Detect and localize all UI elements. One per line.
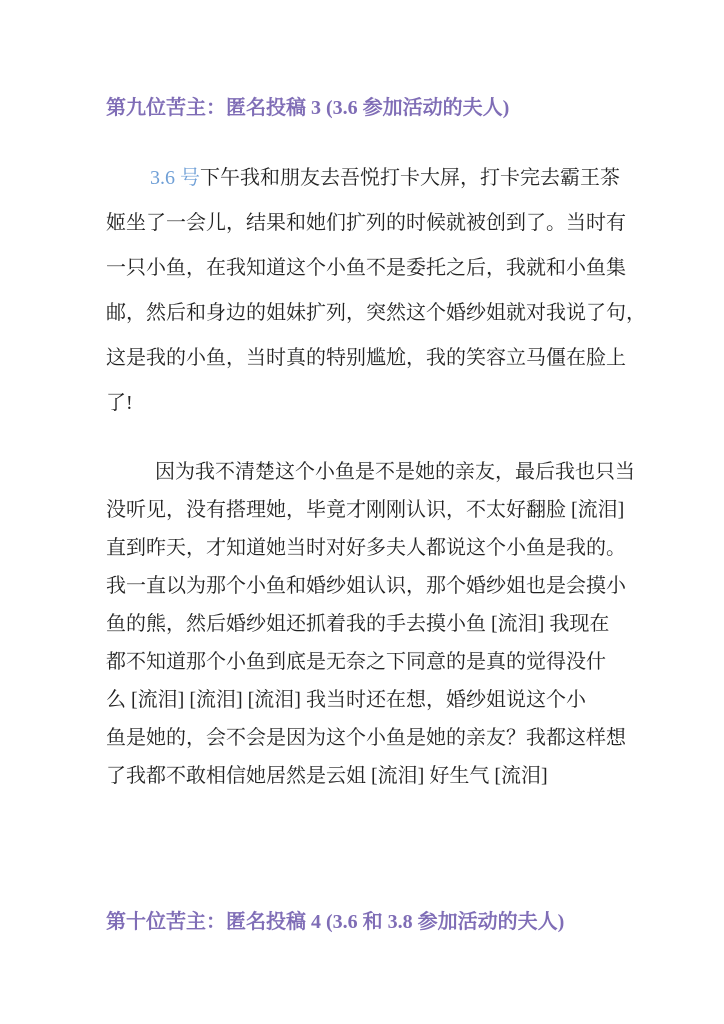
paragraph-1-line-2: 姬坐了一会儿，结果和她们扩列的时候就被创到了。当时有 — [106, 201, 646, 246]
paragraph-2-line-3: 直到昨天，才知道她当时对好多夫人都说这个小鱼是我的。 — [106, 529, 646, 567]
paragraph-1-line-3: 一只小鱼，在我知道这个小鱼不是委托之后，我就和小鱼集 — [106, 246, 646, 291]
section-ten-heading: 第十位苦主：匿名投稿 4 (3.6 和 3.8 参加活动的夫人) — [106, 908, 564, 936]
paragraph-2-line-6: 都不知道那个小鱼到底是无奈之下同意的是真的觉得没什 — [106, 643, 646, 681]
paragraph-1-line-5: 这是我的小鱼，当时真的特别尴尬，我的笑容立马僵在脸上 — [106, 336, 646, 381]
paragraph-1: 3.6 号下午我和朋友去吾悦打卡大屏，打卡完去霸王茶 姬坐了一会儿，结果和她们扩… — [106, 156, 646, 426]
paragraph-2-line-1: 因为我不清楚这个小鱼是不是她的亲友，最后我也只当 — [106, 453, 646, 491]
date-highlight-text: 3.6 号 — [150, 167, 200, 189]
paragraph-2-line-2: 没听见，没有搭理她，毕竟才刚刚认识，不太好翻脸 [流泪] — [106, 491, 646, 529]
paragraph-2-line-8: 鱼是她的，会不会是因为这个小鱼是她的亲友？我都这样想 — [106, 719, 646, 757]
paragraph-1-line-6: 了! — [106, 381, 646, 426]
paragraph-1-line-1-text: 下午我和朋友去吾悦打卡大屏，打卡完去霸王茶 — [200, 167, 620, 189]
paragraph-2-line-7: 么 [流泪] [流泪] [流泪] 我当时还在想，婚纱姐说这个小 — [106, 681, 646, 719]
paragraph-1-line-4: 邮，然后和身边的姐妹扩列，突然这个婚纱姐就对我说了句， — [106, 291, 646, 336]
section-nine-heading: 第九位苦主：匿名投稿 3 (3.6 参加活动的夫人) — [106, 94, 509, 122]
paragraph-1-line-1: 3.6 号下午我和朋友去吾悦打卡大屏，打卡完去霸王茶 — [106, 156, 646, 201]
paragraph-2: 因为我不清楚这个小鱼是不是她的亲友，最后我也只当 没听见，没有搭理她，毕竟才刚刚… — [106, 453, 646, 795]
paragraph-2-line-4: 我一直以为那个小鱼和婚纱姐认识，那个婚纱姐也是会摸小 — [106, 567, 646, 605]
paragraph-2-line-5: 鱼的熊，然后婚纱姐还抓着我的手去摸小鱼 [流泪] 我现在 — [106, 605, 646, 643]
paragraph-2-line-9: 了我都不敢相信她居然是云姐 [流泪] 好生气 [流泪] — [106, 757, 646, 795]
article-page: 第九位苦主：匿名投稿 3 (3.6 参加活动的夫人) 3.6 号下午我和朋友去吾… — [0, 0, 724, 1024]
